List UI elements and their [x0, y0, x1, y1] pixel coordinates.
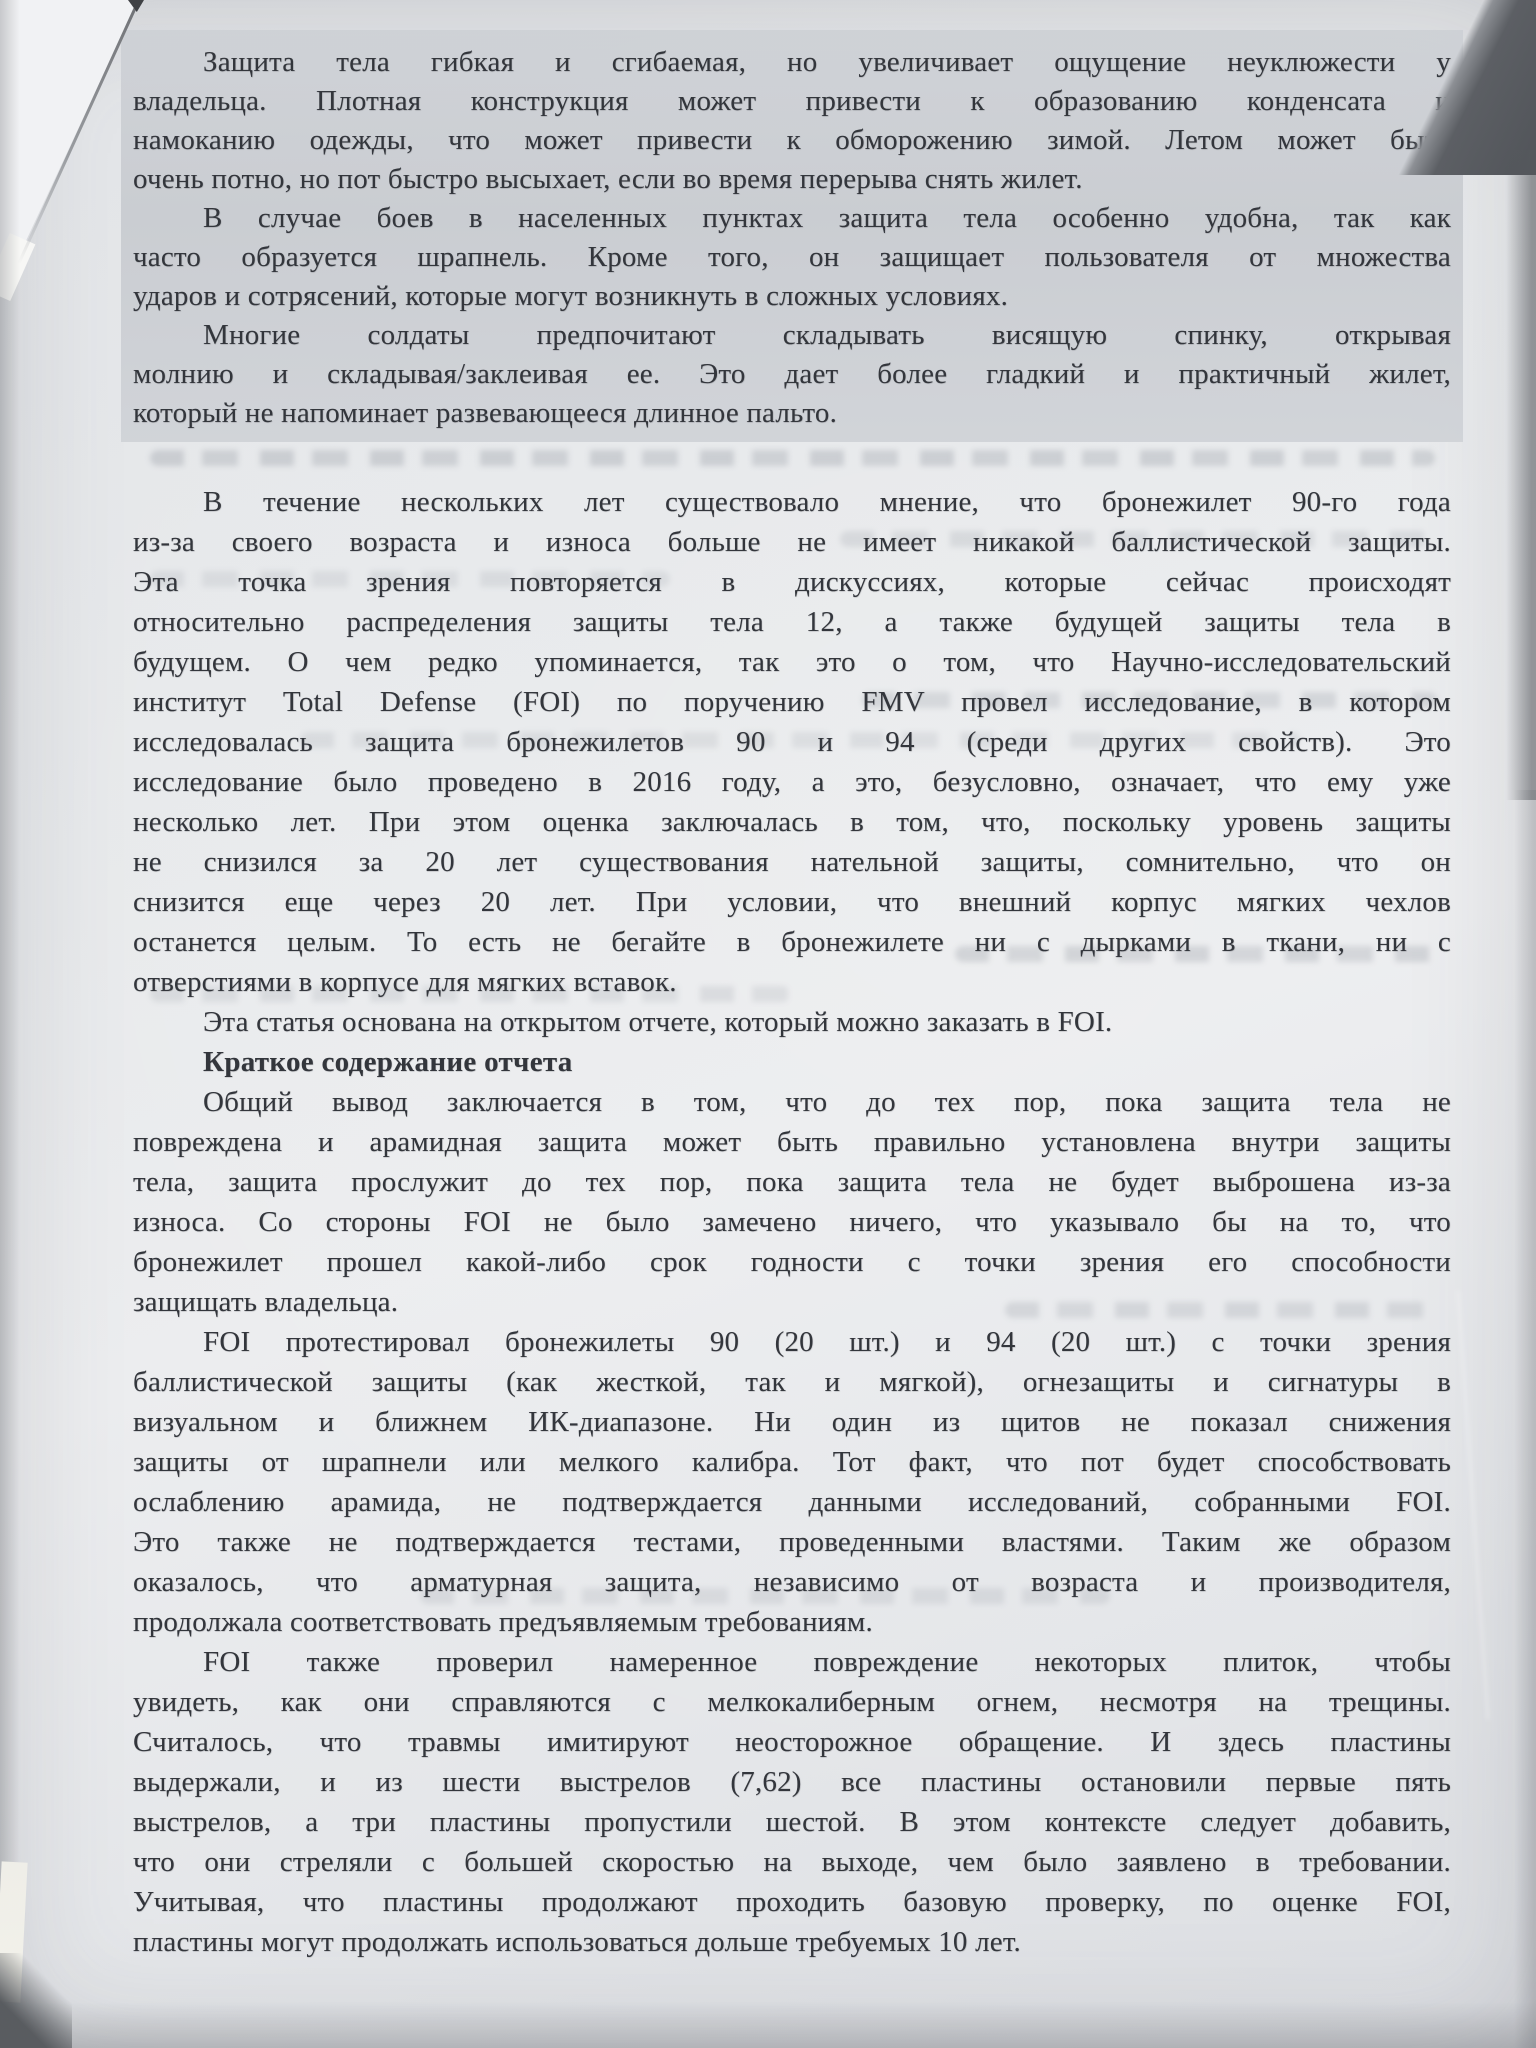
- text-line: защиты от шрапнели или мелкого калибра. …: [133, 1442, 1451, 1482]
- paragraph: FOI протестировал бронежилеты 90 (20 шт.…: [133, 1322, 1451, 1642]
- text-line: останется целым. То есть не бегайте в бр…: [133, 922, 1451, 962]
- text-line: снизится еще через 20 лет. При условии, …: [133, 882, 1451, 922]
- text-line: Эта точка зрения повторяется в дискуссия…: [133, 562, 1451, 602]
- text-line: исследование было проведено в 2016 году,…: [133, 762, 1451, 802]
- paragraph: Эта статья основана на открытом отчете, …: [133, 1002, 1451, 1042]
- highlighted-text-block: Защита тела гибкая и сгибаемая, но увели…: [121, 30, 1463, 442]
- text-line: оказалось, что арматурная защита, незави…: [133, 1562, 1451, 1602]
- text-line: тела, защита прослужит до тех пор, пока …: [133, 1162, 1451, 1202]
- paragraph: В течение нескольких лет существовало мн…: [133, 482, 1451, 1002]
- page-edge-left-shadow: [0, 0, 22, 2048]
- text-line: не снизился за 20 лет существования нате…: [133, 842, 1451, 882]
- text-line: исследовалась защита бронежилетов 90 и 9…: [133, 722, 1451, 762]
- paragraph: FOI также проверил намеренное повреждени…: [133, 1642, 1451, 1962]
- text-line: несколько лет. При этом оценка заключала…: [133, 802, 1451, 842]
- text-line: ударов и сотрясений, которые могут возни…: [133, 277, 1451, 316]
- text-line: FOI также проверил намеренное повреждени…: [133, 1642, 1451, 1682]
- page-edge-top-right: [1366, 0, 1536, 175]
- text-line: баллистической защиты (как жесткой, так …: [133, 1362, 1451, 1402]
- text-line: Считалось, что травмы имитируют неосторо…: [133, 1722, 1451, 1762]
- paragraph: Общий вывод заключается в том, что до те…: [133, 1082, 1451, 1322]
- text-line: FOI протестировал бронежилеты 90 (20 шт.…: [133, 1322, 1451, 1362]
- document-page-photo: Защита тела гибкая и сгибаемая, но увели…: [0, 0, 1536, 2048]
- text-line: часто образуется шрапнель. Кроме того, о…: [133, 238, 1451, 277]
- text-line: увидеть, как они справляются с мелкокали…: [133, 1682, 1451, 1722]
- paragraph: Многие солдаты предпочитают складывать в…: [133, 316, 1451, 433]
- page-edge-right-shadow: [1506, 150, 1536, 800]
- page-edge-bottom-shadow: [0, 2002, 1536, 2048]
- text-line: В течение нескольких лет существовало мн…: [133, 482, 1451, 522]
- text-line: защищать владельца.: [133, 1282, 1451, 1322]
- text-line: повреждена и арамидная защита может быть…: [133, 1122, 1451, 1162]
- text-line: Учитывая, что пластины продолжают проход…: [133, 1882, 1451, 1922]
- text-line: Многие солдаты предпочитают складывать в…: [133, 316, 1451, 355]
- text-line: продолжала соответствовать предъявляемым…: [133, 1602, 1451, 1642]
- text-line: который не напоминает развевающееся длин…: [133, 394, 1451, 433]
- text-line: из-за своего возраста и износа больше не…: [133, 522, 1451, 562]
- text-column: Защита тела гибкая и сгибаемая, но увели…: [133, 30, 1451, 1962]
- text-line: отверстиями в корпусе для мягких вставок…: [133, 962, 1451, 1002]
- text-line: Защита тела гибкая и сгибаемая, но увели…: [133, 43, 1451, 82]
- paper-crease-highlight: [1457, 1290, 1489, 1719]
- text-line: Эта статья основана на открытом отчете, …: [133, 1002, 1451, 1042]
- text-line: молнию и складывая/заклеивая ее. Это дае…: [133, 355, 1451, 394]
- text-line: институт Total Defense (FOI) по поручени…: [133, 682, 1451, 722]
- text-line: визуальном и ближнем ИК-диапазоне. Ни од…: [133, 1402, 1451, 1442]
- text-line: Это также не подтверждается тестами, про…: [133, 1522, 1451, 1562]
- text-line: пластины могут продолжать использоваться…: [133, 1922, 1451, 1962]
- text-line: выдержали, и из шести выстрелов (7,62) в…: [133, 1762, 1451, 1802]
- text-line: В случае боев в населенных пунктах защит…: [133, 199, 1451, 238]
- paragraph: Защита тела гибкая и сгибаемая, но увели…: [133, 43, 1451, 199]
- text-line: очень потно, но пот быстро высыхает, есл…: [133, 160, 1451, 199]
- text-line: бронежилет прошел какой-либо срок годнос…: [133, 1242, 1451, 1282]
- text-line: выстрелов, а три пластины пропустили шес…: [133, 1802, 1451, 1842]
- page-edge-right-shadow-lower: [1514, 790, 1536, 2048]
- section-heading: Краткое содержание отчета: [133, 1042, 1451, 1082]
- page-corner-shadow-bottom-left: [0, 1953, 72, 2048]
- text-line: Краткое содержание отчета: [133, 1042, 1451, 1082]
- text-line: износа. Со стороны FOI не было замечено …: [133, 1202, 1451, 1242]
- text-line: ослаблению арамида, не подтверждается да…: [133, 1482, 1451, 1522]
- text-line: относительно распределения защиты тела 1…: [133, 602, 1451, 642]
- paragraph: В случае боев в населенных пунктах защит…: [133, 199, 1451, 316]
- text-line: Общий вывод заключается в том, что до те…: [133, 1082, 1451, 1122]
- text-line: будущем. О чем редко упоминается, так эт…: [133, 642, 1451, 682]
- text-line: владельца. Плотная конструкция может при…: [133, 82, 1451, 121]
- text-line: что они стреляли с большей скоростью на …: [133, 1842, 1451, 1882]
- text-line: намоканию одежды, что может привести к о…: [133, 121, 1451, 160]
